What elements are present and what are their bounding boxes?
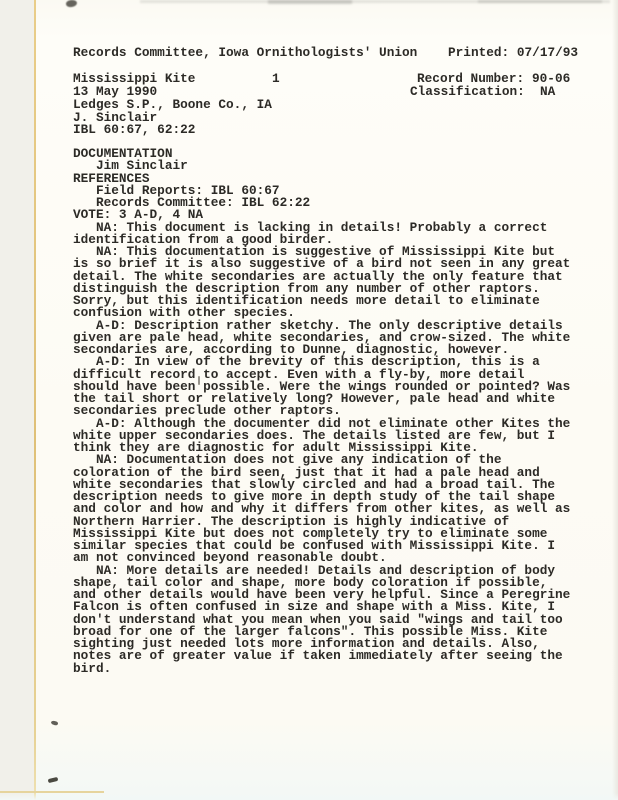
scan-smudge-top — [478, 0, 602, 3]
scan-left-margin-strip — [0, 0, 34, 800]
pen-mark-bottom-left-1 — [51, 720, 59, 726]
page-edge-line — [34, 0, 36, 800]
document-body-text: DOCUMENTATION Jim Sinclair REFERENCES Fi… — [73, 148, 570, 675]
record-page-number: 1 — [272, 73, 280, 86]
scanned-document-page: Records Committee, Iowa Ornithologists' … — [0, 0, 618, 800]
committee-title: Records Committee, Iowa Ornithologists' … — [73, 47, 417, 59]
classification-value: NA — [540, 86, 555, 99]
scan-smudge-top — [268, 0, 352, 4]
classification-label: Classification: — [410, 86, 525, 99]
scan-right-edge-shadow — [612, 0, 618, 800]
scan-ink-blot-top — [65, 0, 77, 8]
printed-date: Printed: 07/17/93 — [448, 47, 578, 59]
record-ibl-reference: IBL 60:67, 62:22 — [73, 124, 195, 137]
scan-bottom-band — [0, 793, 618, 800]
pen-mark-bottom-left-2 — [48, 777, 59, 783]
